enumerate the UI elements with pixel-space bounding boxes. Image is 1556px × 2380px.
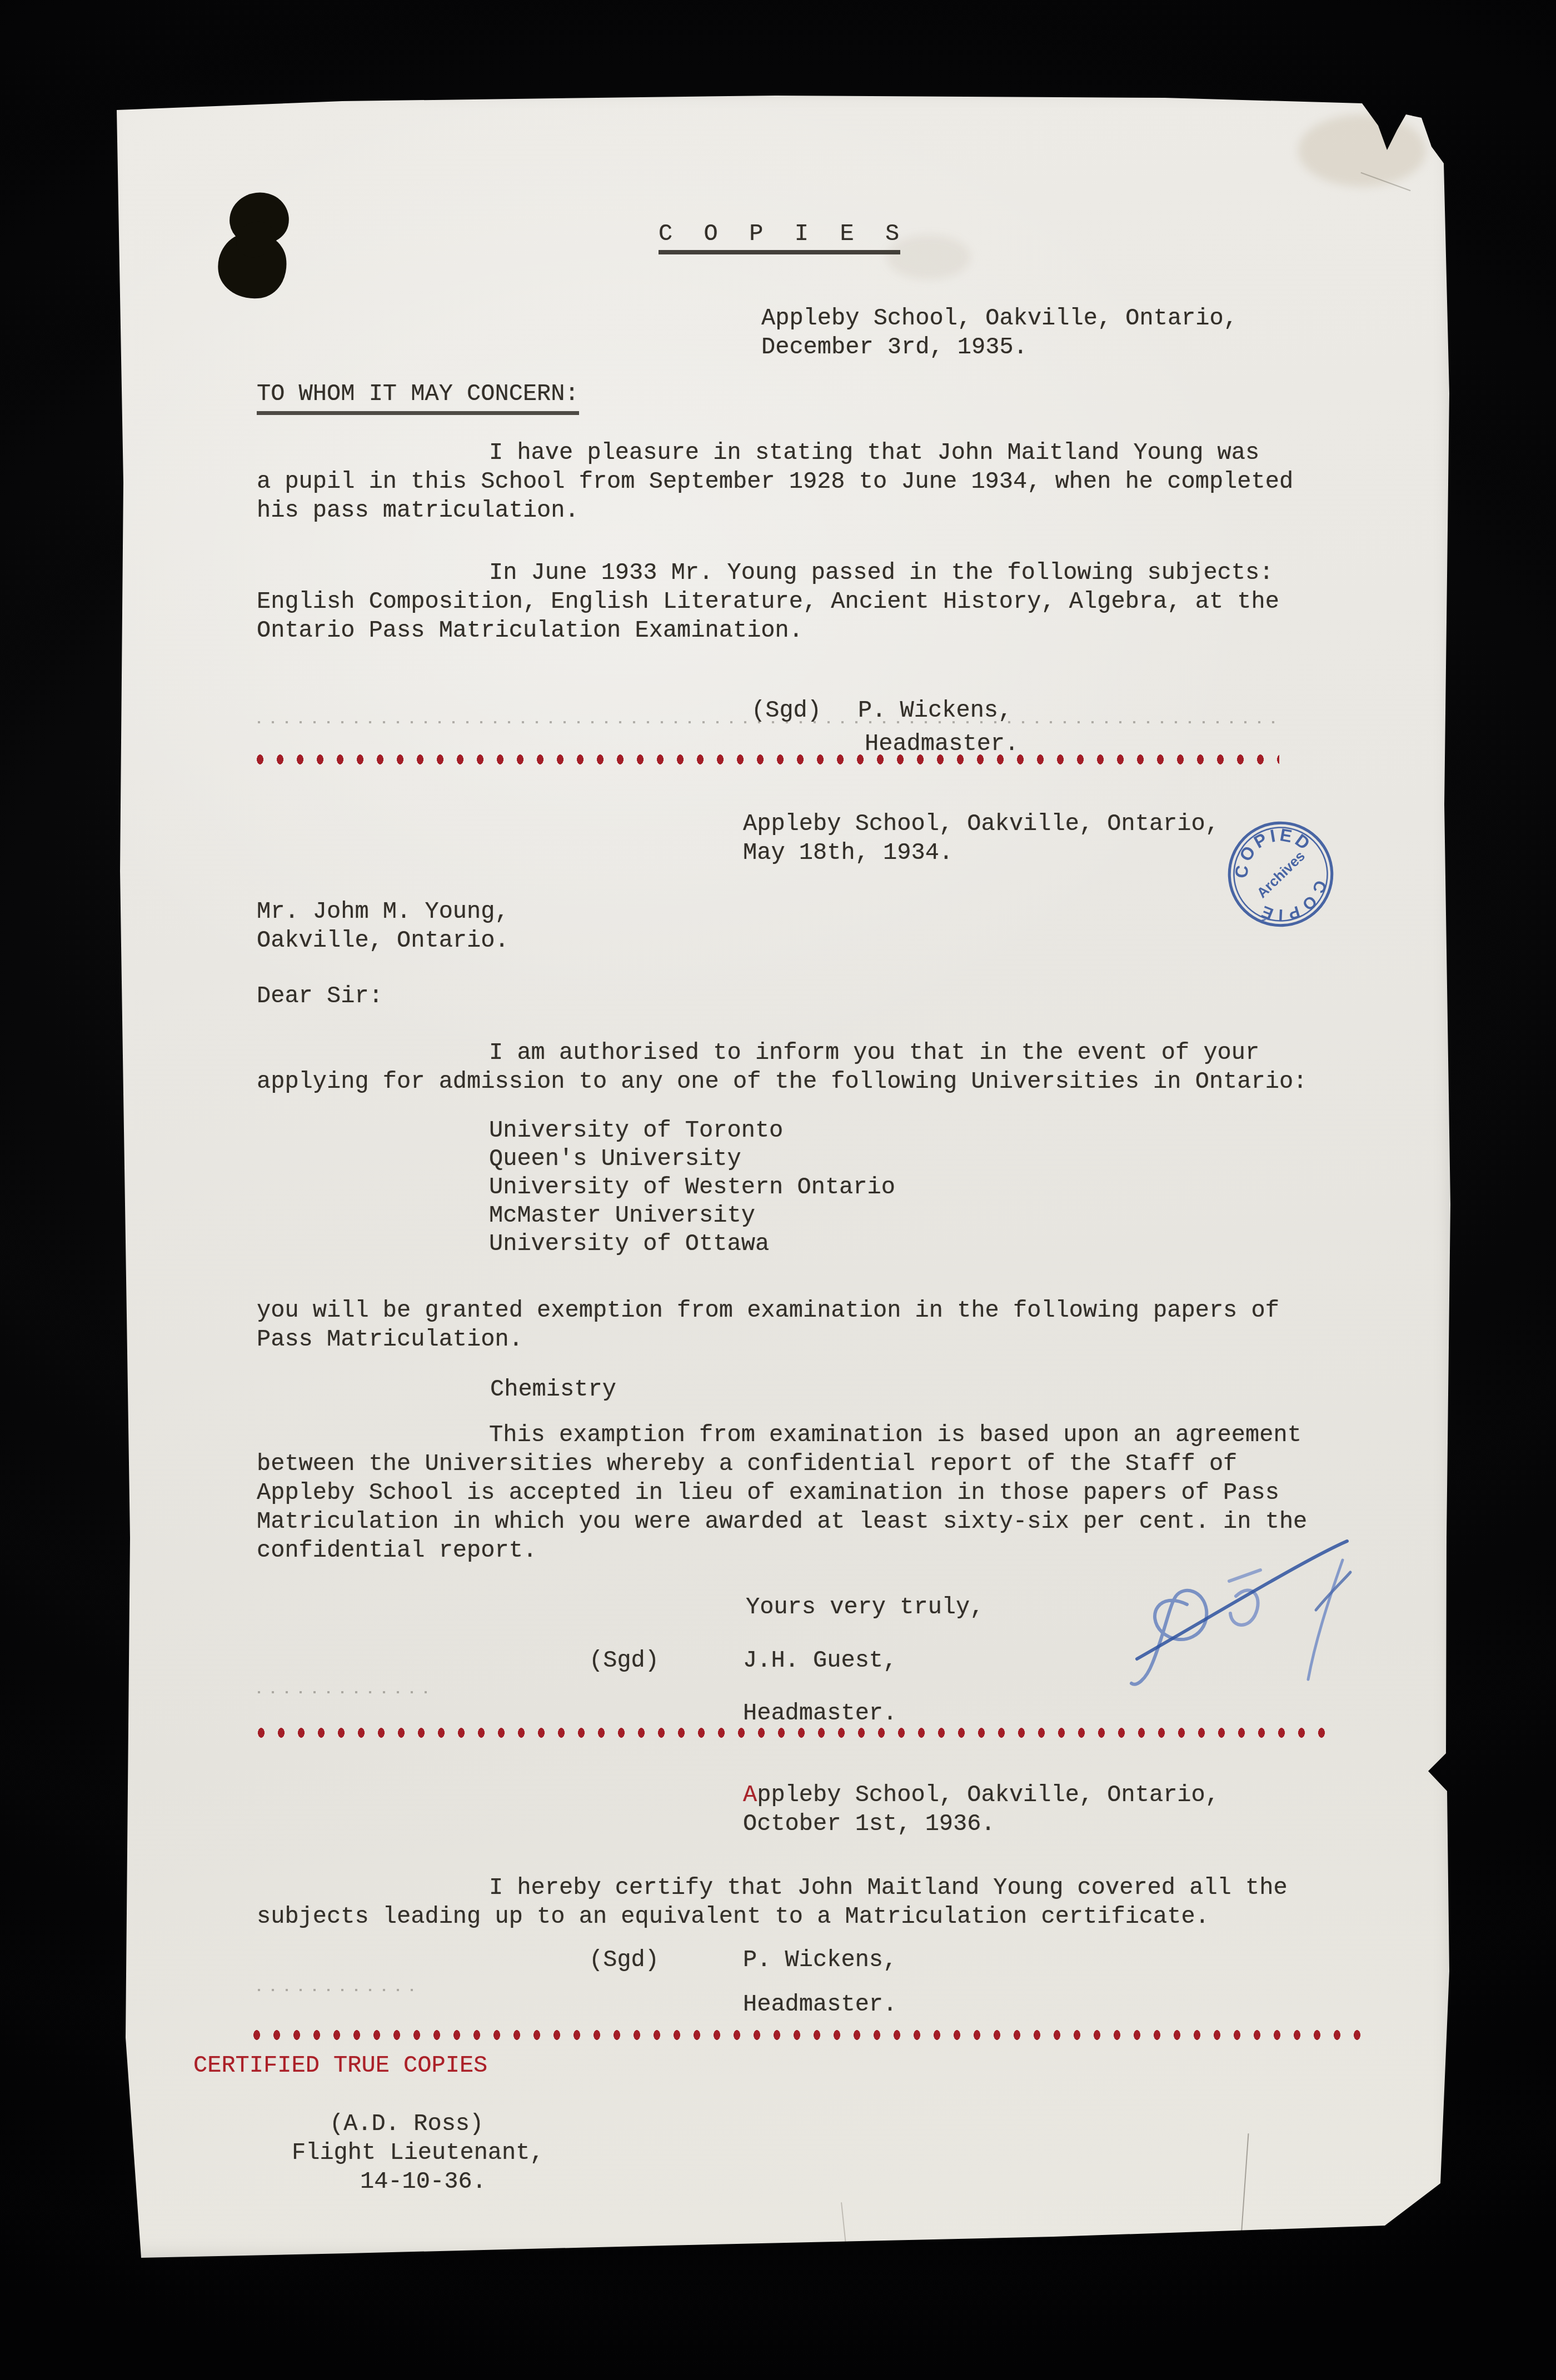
letter2-para3-line5: confidential report. — [257, 1538, 537, 1563]
letter1-address-line2: December 3rd, 1935. — [761, 334, 1028, 360]
letter1-para1-line3: his pass matriculation. — [257, 498, 579, 523]
certifier-name: (A.D. Ross) — [330, 2111, 483, 2137]
faint-dotted-rule — [257, 1988, 423, 1992]
red-dotted-separator — [250, 2028, 1368, 2042]
scanned-letter-photograph: { "document": { "heading": "C O P I E S"… — [0, 0, 1556, 2380]
letter3-address-initial: A — [743, 1782, 757, 1808]
letter1-salutation: TO WHOM IT MAY CONCERN: — [257, 381, 579, 415]
letter2-closing: Yours very truly, — [746, 1594, 984, 1620]
university-list-item: University of Ottawa — [489, 1231, 769, 1257]
letter1-para2-line3: Ontario Pass Matriculation Examination. — [257, 618, 803, 643]
red-dotted-separator — [255, 1726, 1330, 1740]
paper-crack — [1240, 2133, 1249, 2253]
stamp-text-copied: COPIED — [1218, 810, 1320, 886]
letter2-recipient-line2: Oakville, Ontario. — [257, 928, 509, 953]
letter3-signer-title: Headmaster. — [743, 1992, 897, 2017]
certifier-rank: Flight Lieutenant, — [292, 2140, 544, 2166]
faint-dotted-rule — [257, 1690, 435, 1694]
letter2-para3-line2: between the Universities whereby a confi… — [257, 1451, 1237, 1477]
letter3-address-line1: Appleby School, Oakville, Ontario, — [743, 1782, 1219, 1808]
letter2-salutation: Dear Sir: — [257, 983, 383, 1009]
university-list-item: University of Western Ontario — [489, 1174, 895, 1200]
paper-crack — [841, 2202, 847, 2255]
letter2-signer: J.H. Guest, — [743, 1648, 897, 1673]
stamp-text-archives: Archives — [1254, 848, 1308, 901]
letter1-para2-line2: English Composition, English Literature,… — [257, 589, 1279, 614]
letter3-para1-line1: I hereby certify that John Maitland Youn… — [489, 1875, 1288, 1901]
svg-text:COPIED: COPIED — [1218, 810, 1320, 886]
university-list-item: Queen's University — [489, 1146, 741, 1172]
letter2-address-line2: May 18th, 1934. — [743, 840, 953, 866]
letter2-sgd: (Sgd) — [589, 1648, 659, 1673]
certification-date: 14-10-36. — [360, 2169, 486, 2194]
pen-annotation — [1120, 1538, 1359, 1710]
exempted-subject: Chemistry — [490, 1377, 616, 1402]
letter1-address-line1: Appleby School, Oakville, Ontario, — [761, 306, 1238, 331]
letter2-para3-line1: This examption from examination is based… — [489, 1422, 1301, 1448]
letter1-para2-line1: In June 1933 Mr. Young passed in the fol… — [489, 560, 1273, 586]
paper-stain — [1298, 114, 1426, 187]
certified-true-copies-label: CERTIFIED TRUE COPIES — [193, 2053, 487, 2078]
university-list-item: McMaster University — [489, 1203, 755, 1228]
university-list-item: University of Toronto — [489, 1118, 783, 1143]
letter2-recipient-line1: Mr. Johm M. Young, — [257, 899, 509, 924]
letter3-signer: P. Wickens, — [743, 1947, 897, 1973]
letter2-signer-title: Headmaster. — [743, 1701, 897, 1726]
letter2-address-line1: Appleby School, Oakville, Ontario, — [743, 811, 1219, 837]
red-dotted-separator — [253, 752, 1279, 767]
letter3-para1-line2: subjects leading up to an equivalent to … — [257, 1904, 1209, 1929]
faint-dotted-rule — [257, 720, 1279, 724]
letter2-para2-line2: Pass Matriculation. — [257, 1327, 523, 1352]
letter2-para2-line1: you will be granted exemption from exami… — [257, 1298, 1279, 1323]
letter2-para3-line4: Matriculation in which you were awarded … — [257, 1509, 1307, 1534]
letter1-para1-line2: a pupil in this School from September 19… — [257, 469, 1293, 494]
letter3-address-rest: ppleby School, Oakville, Ontario, — [757, 1782, 1219, 1808]
archives-copied-stamp: COPIED COPIÉ Archives — [1205, 799, 1356, 949]
letter1-para1-line1: I have pleasure in stating that John Mai… — [489, 440, 1259, 466]
letter2-para3-line3: Appleby School is accepted in lieu of ex… — [257, 1480, 1279, 1506]
page-title: C O P I E S — [659, 221, 900, 254]
letter2-para1-line2: applying for admission to any one of the… — [257, 1069, 1307, 1094]
letter2-para1-line1: I am authorised to inform you that in th… — [489, 1040, 1259, 1066]
letter3-address-line2: October 1st, 1936. — [743, 1811, 995, 1837]
letter-page: C O P I E S Appleby School, Oakville, On… — [109, 93, 1456, 2261]
letter3-sgd: (Sgd) — [589, 1947, 659, 1973]
